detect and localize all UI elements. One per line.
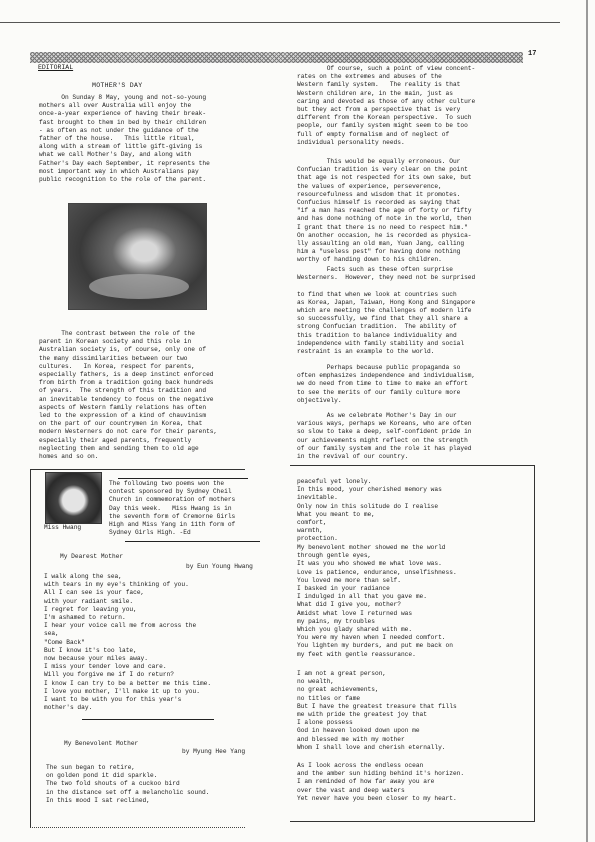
poem2-text-right-3: I am not a great person, no wealth, no g… [297,670,457,752]
editorial-paragraph-1: On Sunday 8 May, young and not-so-young … [39,94,210,184]
editorial-paragraph-5: Facts such as these often surprise Weste… [297,266,475,356]
portrait-photo [45,472,102,524]
editorial-paragraph-3: Of course, such a point of view concent-… [297,65,475,147]
header-hatch-bar [30,52,523,63]
poem1-author: by Eun Young Hwang [186,563,253,570]
intro-rule-top [118,478,248,479]
portrait-caption: Miss Hwang [44,524,81,531]
editorial-paragraph-6: Perhaps because public propaganda so oft… [297,364,475,405]
poem-divider [82,719,214,720]
poem2-text-right-2: My benevolent mother showed me the world… [297,544,457,659]
section-label: EDITORIAL [38,64,73,71]
top-rule [0,22,560,23]
page-edge [586,0,588,842]
poems-intro: The following two poems won the contest … [109,480,235,537]
editorial-paragraph-4: This would be equally erroneous. Our Con… [297,158,472,265]
poem2-text-right-1: peaceful yet lonely. In this mood, your … [297,478,442,544]
editorial-paragraph-2: The contrast between the role of the par… [39,330,217,461]
poem1-title: My Dearest Mother [60,553,123,560]
article-photo [68,203,207,310]
page-number: 17 [528,50,536,58]
poem2-author: by Myung Hee Yang [182,748,245,755]
intro-rule-bottom [125,541,260,542]
editorial-paragraph-7: As we celebrate Mother's Day in our vari… [297,412,472,461]
poem2-title: My Benevolent Mother [64,740,138,747]
article-title: MOTHER'S DAY [92,82,142,89]
poem2-text-right-4: As I look across the endless ocean and t… [297,762,464,803]
poem1-text: I walk along the sea, with tears in my e… [44,573,211,712]
poem2-text-left: The sun began to retire, on golden pond … [46,764,209,805]
